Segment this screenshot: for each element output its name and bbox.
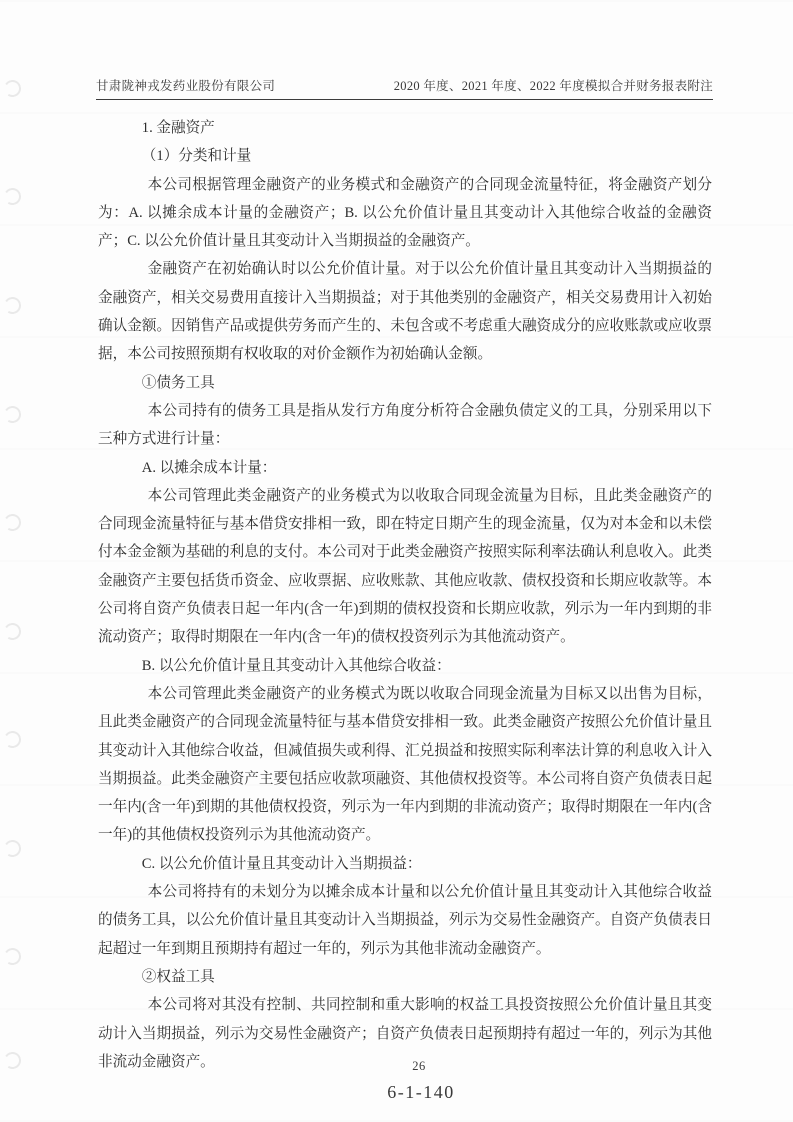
body-paragraph: 本公司管理此类金融资产的业务模式为以收取合同现金流量为目标，且此类金融资产的合同… <box>98 482 712 652</box>
section-heading: C. 以公允价值计量且其变动计入当期损益： <box>98 850 712 878</box>
binder-hole-mark <box>2 621 22 641</box>
section-heading: ①债务工具 <box>98 369 712 397</box>
section-heading: B. 以公允价值计量且其变动计入其他综合收益： <box>98 652 712 680</box>
binder-hole-mark <box>2 186 22 206</box>
section-heading: （1）分类和计量 <box>98 142 712 170</box>
page-header: 甘肃陇神戎发药业股份有限公司 2020 年度、2021 年度、2022 年度模拟… <box>96 76 713 100</box>
scanned-document-page: 甘肃陇神戎发药业股份有限公司 2020 年度、2021 年度、2022 年度模拟… <box>0 0 793 1122</box>
section-heading: A. 以摊余成本计量： <box>98 454 712 482</box>
binder-hole-mark <box>2 78 22 98</box>
body-paragraph: 本公司管理此类金融资产的业务模式为既以收取合同现金流量为目标又以出售为目标，且此… <box>98 680 712 850</box>
document-number: 6-1-140 <box>114 1082 728 1103</box>
body-paragraph: 本公司根据管理金融资产的业务模式和金融资产的合同现金流量特征，将金融资产划分为：… <box>98 171 712 256</box>
body-paragraph: 金融资产在初始确认时以公允价值计量。对于以公允价值计量且其变动计入当期损益的金融… <box>98 255 712 368</box>
company-name: 甘肃陇神戎发药业股份有限公司 <box>96 76 275 94</box>
report-title: 2020 年度、2021 年度、2022 年度模拟合并财务报表附注 <box>394 76 713 94</box>
body-paragraph: 本公司将持有的未划分为以摊余成本计量和以公允价值计量且其变动计入其他综合收益的债… <box>98 878 712 963</box>
binder-hole-mark <box>2 295 22 315</box>
binder-hole-mark <box>2 729 22 749</box>
binder-hole-mark <box>2 946 22 966</box>
binder-hole-mark <box>2 512 22 532</box>
binder-hole-mark <box>2 1050 22 1070</box>
body-paragraph: 本公司持有的债务工具是指从发行方角度分析符合金融负债定义的工具，分别采用以下三种… <box>98 397 712 454</box>
section-heading: 1. 金融资产 <box>98 114 712 142</box>
page-number: 26 <box>112 1059 726 1074</box>
document-body: 1. 金融资产（1）分类和计量本公司根据管理金融资产的业务模式和金融资产的合同现… <box>98 114 712 1076</box>
section-heading: ②权益工具 <box>98 963 712 991</box>
binder-hole-mark <box>2 404 22 424</box>
binder-hole-mark <box>2 838 22 858</box>
